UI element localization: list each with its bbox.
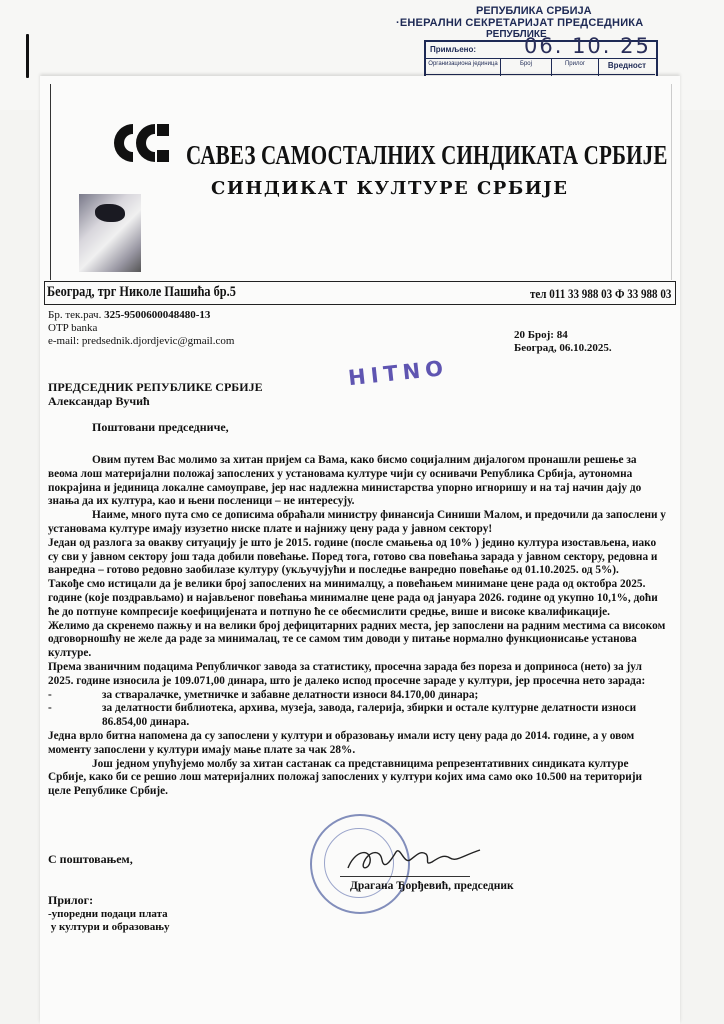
reg-col-header: Вредност [599,59,655,75]
signer-name: Драгана Ђорђевић, председник [350,880,514,892]
received-row: Примљено: 06. 10. 25 [426,42,656,59]
account-label: Бр. тек.рач. [48,309,104,321]
org-subtitle: СИНДИКАТ КУЛТУРЕ СРБИЈЕ [211,178,568,199]
recipient: ПРЕДСЕДНИК РЕПУБЛИКЕ СРБИЈЕ Александар В… [48,380,263,408]
recipient-name: Александар Вучић [48,394,263,408]
attachment-line: -упоредни подаци плата [48,908,170,922]
attachment-title: Прилог: [48,894,170,908]
paragraph: Према званичним подацима Републичког зав… [48,661,666,689]
paragraph: Овим путем Вас молимо за хитан пријем са… [48,454,666,509]
closing: С поштовањем, [48,852,133,867]
reg-col-header: Организациона јединица [426,59,500,75]
org-name: САВЕЗ САМОСТАЛНИХ СИНДИКАТА СРБИЈЕ [186,140,668,171]
union-logo-icon [111,122,171,164]
signature-line [340,876,470,877]
phone: тел 011 33 988 03 Ф 33 988 03 [530,286,671,302]
address: Београд, трг Николе Пашића бр.5 [47,284,236,301]
reference-number: 20 Број: 84 [514,329,612,342]
letterhead: САВЕЗ САМОСТАЛНИХ СИНДИКАТА СРБИЈЕ СИНДИ… [50,84,672,280]
urgent-stamp: HITNO [347,356,449,390]
place-date: Београд, 06.10.2025. [514,342,612,355]
paragraph: Још једном упућујемо молбу за хитан саст… [48,758,666,799]
sculpture-image [79,194,141,272]
signature [340,842,490,876]
list-item-text: за стваралачке, уметничке и забавне дела… [102,689,478,703]
paragraph: Желимо да скренемо пажњу и на велики бро… [48,620,666,661]
margin-mark [26,34,29,78]
paragraph: Такође смо истицали да је велики број за… [48,578,666,619]
received-label: Примљено: [430,45,476,54]
reg-col-header: Прилог [552,59,598,75]
list-item: -за стваралачке, уметничке и забавне дел… [48,689,666,703]
bank-name: OTP banka [48,322,234,335]
attachment-line: у култури и образовању [48,921,170,935]
letter-page: САВЕЗ САМОСТАЛНИХ СИНДИКАТА СРБИЈЕ СИНДИ… [40,76,680,1024]
list-item: -за делатности библиотека, архива, музеј… [48,702,666,730]
email: e-mail: predsednik.djordjevic@gmail.com [48,335,234,348]
recipient-title: ПРЕДСЕДНИК РЕПУБЛИКЕ СРБИЈЕ [48,380,263,394]
sender-details: Бр. тек.рач. 325-9500600048480-13 OTP ba… [48,309,234,348]
received-date: 06. 10. 25 [524,34,651,58]
bank-account-line: Бр. тек.рач. 325-9500600048480-13 [48,309,234,322]
paragraph: Наиме, много пута смо се дописима обраћа… [48,509,666,537]
paragraph: Једна врло битна напомена да су запослен… [48,730,666,758]
address-bar: Београд, трг Николе Пашића бр.5 тел 011 … [44,281,676,305]
letter-body: Овим путем Вас молимо за хитан пријем са… [48,454,666,799]
account-number: 325-9500600048480-13 [104,309,210,321]
paragraph: Један од разлога за овакву ситуацију је … [48,537,666,578]
reg-col-header: Број [501,59,551,75]
reference-details: 20 Број: 84 Београд, 06.10.2025. [514,329,612,355]
salutation: Поштовани председниче, [92,420,229,435]
stamp-line-2: ·ЕНЕРАЛНИ СЕКРЕТАРИЈАТ ПРЕДСЕДНИКА [396,17,643,29]
stamp-line-1: РЕПУБЛИКА СРБИЈА [476,5,592,17]
list-item-text: за делатности библиотека, архива, музеја… [102,702,666,730]
attachment-note: Прилог: -упоредни подаци плата у култури… [48,894,170,935]
